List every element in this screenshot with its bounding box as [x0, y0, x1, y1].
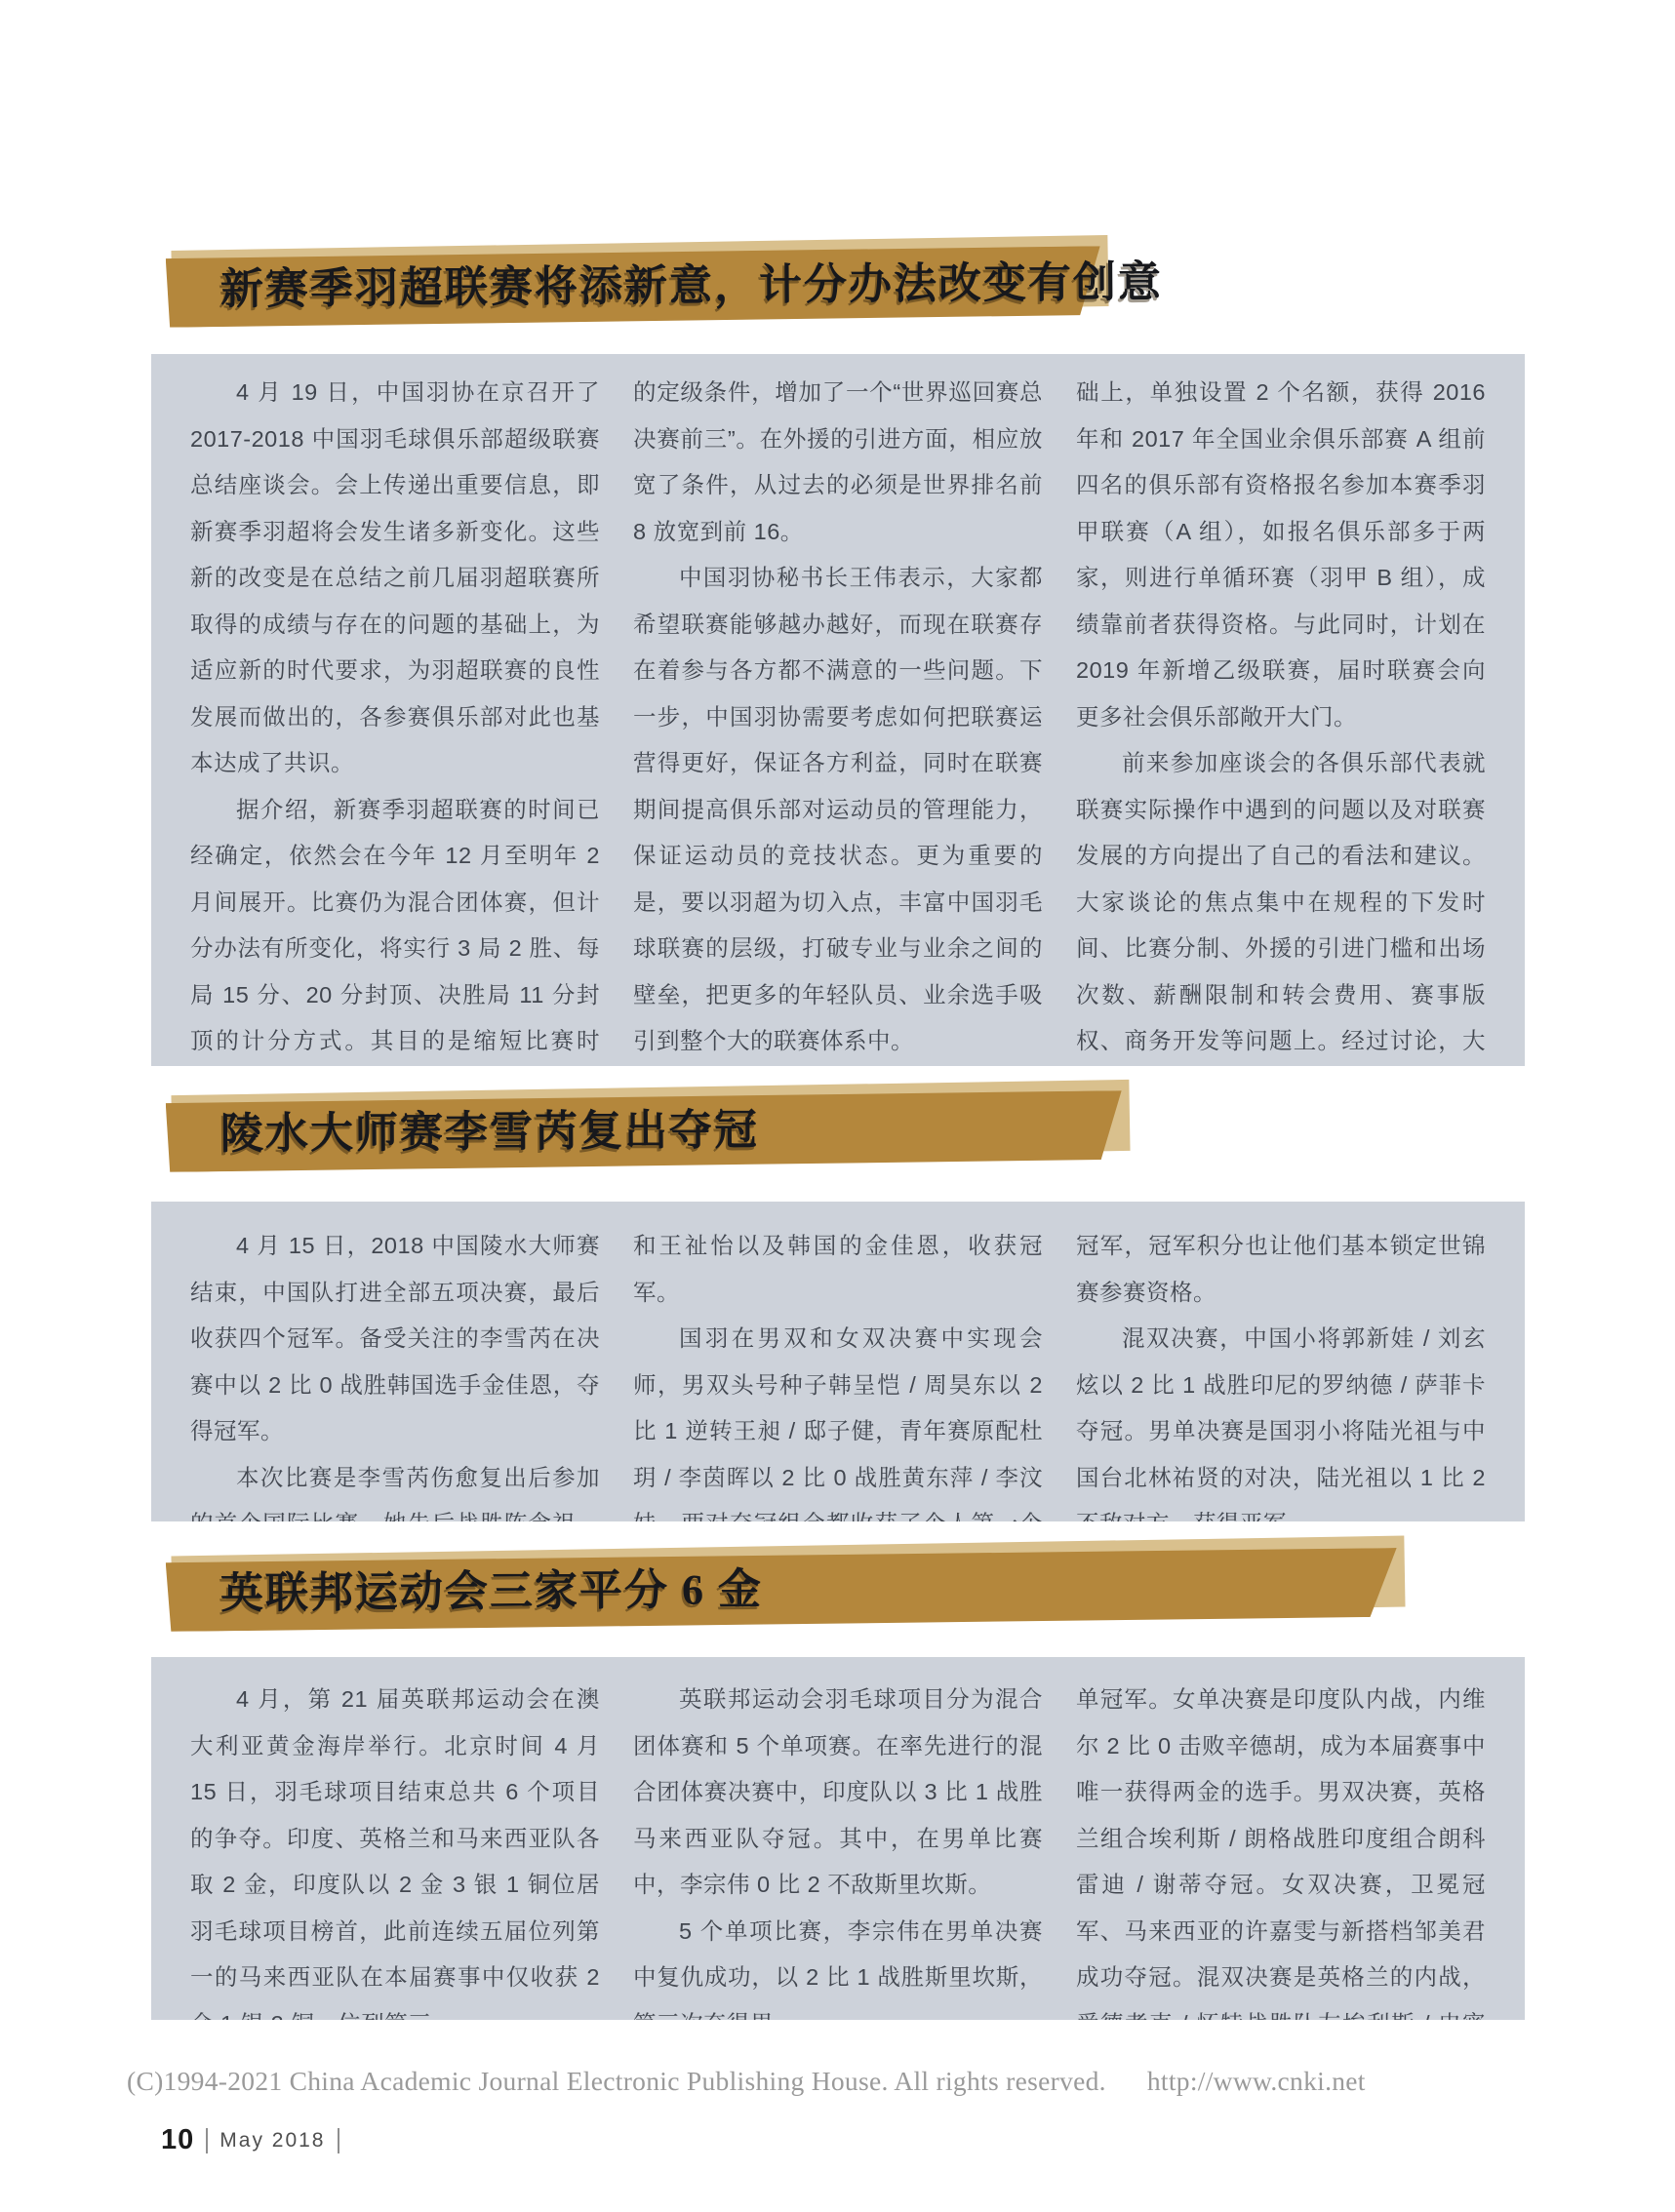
article2-column-1: 4 月 15 日，2018 中国陵水大师赛结束，中国队打进全部五项决赛，最后收获…	[190, 1223, 600, 1514]
cnki-url: http://www.cnki.net	[1147, 2066, 1366, 2096]
article-paragraph: 单冠军。女单决赛是印度队内战，内维尔 2 比 0 击败辛德胡，成为本届赛事中唯一…	[1076, 1677, 1486, 2020]
article-paragraph: 4 月 19 日，中国羽协在京召开了 2017-2018 中国羽毛球俱乐部超级联…	[190, 370, 600, 787]
article3-title: 英联邦运动会三家平分 6 金	[166, 1548, 1398, 1632]
article2-title: 陵水大师赛李雪芮复出夺冠	[166, 1090, 1123, 1172]
copyright-text: (C)1994-2021 China Academic Journal Elec…	[127, 2066, 1106, 2096]
article-paragraph: 据介绍，新赛季羽超联赛的时间已经确定，依然会在今年 12 月至明年 2 月间展开…	[190, 787, 600, 1067]
article2-body-panel: 4 月 15 日，2018 中国陵水大师赛结束，中国队打进全部五项决赛，最后收获…	[151, 1202, 1525, 1521]
article3-column-2: 英联邦运动会羽毛球项目分为混合团体赛和 5 个单项赛。在率先进行的混合团体赛决赛…	[633, 1677, 1043, 2012]
divider-bar	[338, 2128, 339, 2153]
article-paragraph: 础上，单独设置 2 个名额，获得 2016 年和 2017 年全国业余俱乐部赛 …	[1076, 370, 1486, 740]
article1-body-panel: 4 月 19 日，中国羽协在京召开了 2017-2018 中国羽毛球俱乐部超级联…	[151, 354, 1525, 1066]
article-paragraph: 4 月 15 日，2018 中国陵水大师赛结束，中国队打进全部五项决赛，最后收获…	[190, 1223, 600, 1455]
article-paragraph: 国羽在男双和女双决赛中实现会师，男双头号种子韩呈恺 / 周昊东以 2 比 1 逆…	[633, 1316, 1043, 1521]
issue-label: May 2018	[219, 2129, 325, 2153]
article-paragraph: 5 个单项比赛，李宗伟在男单决赛中复仇成功，以 2 比 1 战胜斯里坎斯，第三次…	[633, 1909, 1043, 2021]
article1-title-banner: 新赛季羽超联赛将添新意，计分办法改变有创意	[166, 250, 1100, 324]
article-paragraph: 和王祉怡以及韩国的金佳恩，收获冠军。	[633, 1223, 1043, 1316]
article-paragraph: 前来参加座谈会的各俱乐部代表就联赛实际操作中遇到的问题以及对联赛发展的方向提出了…	[1076, 740, 1486, 1066]
article2-column-2: 和王祉怡以及韩国的金佳恩，收获冠军。 国羽在男双和女双决赛中实现会师，男双头号种…	[633, 1223, 1043, 1514]
article-paragraph: 冠军，冠军积分也让他们基本锁定世锦赛参赛资格。	[1076, 1223, 1486, 1316]
article3-column-1: 4 月，第 21 届英联邦运动会在澳大利亚黄金海岸举行。北京时间 4 月 15 …	[190, 1677, 600, 2012]
article-paragraph: 英联邦运动会羽毛球项目分为混合团体赛和 5 个单项赛。在率先进行的混合团体赛决赛…	[633, 1677, 1043, 1909]
article-paragraph: 4 月，第 21 届英联邦运动会在澳大利亚黄金海岸举行。北京时间 4 月 15 …	[190, 1677, 600, 2020]
article1-column-1: 4 月 19 日，中国羽协在京召开了 2017-2018 中国羽毛球俱乐部超级联…	[190, 370, 600, 1058]
article2-column-3: 冠军，冠军积分也让他们基本锁定世锦赛参赛资格。 混双决赛，中国小将郭新娃 / 刘…	[1076, 1223, 1486, 1514]
article1-column-3: 础上，单独设置 2 个名额，获得 2016 年和 2017 年全国业余俱乐部赛 …	[1076, 370, 1486, 1058]
article3-column-3: 单冠军。女单决赛是印度队内战，内维尔 2 比 0 击败辛德胡，成为本届赛事中唯一…	[1076, 1677, 1486, 2012]
copyright-line: (C)1994-2021 China Academic Journal Elec…	[127, 2066, 1366, 2097]
article-paragraph: 的定级条件，增加了一个“世界巡回赛总决赛前三”。在外援的引进方面，相应放宽了条件…	[633, 370, 1043, 555]
article-paragraph: 中国羽协秘书长王伟表示，大家都希望联赛能够越办越好，而现在联赛存在着参与各方都不…	[633, 555, 1043, 1065]
page-number-line: 10 May 2018	[161, 2124, 351, 2156]
article1-title: 新赛季羽超联赛将添新意，计分办法改变有创意	[166, 246, 1101, 328]
article1-column-2: 的定级条件，增加了一个“世界巡回赛总决赛前三”。在外援的引进方面，相应放宽了条件…	[633, 370, 1043, 1058]
article3-body-panel: 4 月，第 21 届英联邦运动会在澳大利亚黄金海岸举行。北京时间 4 月 15 …	[151, 1657, 1525, 2020]
article2-title-banner: 陵水大师赛李雪芮复出夺冠	[166, 1094, 1122, 1168]
article-paragraph: 本次比赛是李雪芮伤愈复出后参加的首个国际比赛，她先后战胜陈念祖、范梦艳、邓旋	[190, 1455, 600, 1522]
article-paragraph: 混双决赛，中国小将郭新娃 / 刘玄炫以 2 比 1 战胜印尼的罗纳德 / 萨菲卡…	[1076, 1316, 1486, 1521]
page-number: 10	[161, 2124, 194, 2156]
article-paragraph: 根据目前的计划，2018 年羽甲联赛在保持过去依托省市队建立的俱乐部可参加的基	[633, 1065, 1043, 1067]
divider-bar	[206, 2128, 208, 2153]
journal-page: 新赛季羽超联赛将添新意，计分办法改变有创意 4 月 19 日，中国羽协在京召开了…	[0, 0, 1675, 2212]
article3-title-banner: 英联邦运动会三家平分 6 金	[166, 1553, 1397, 1627]
